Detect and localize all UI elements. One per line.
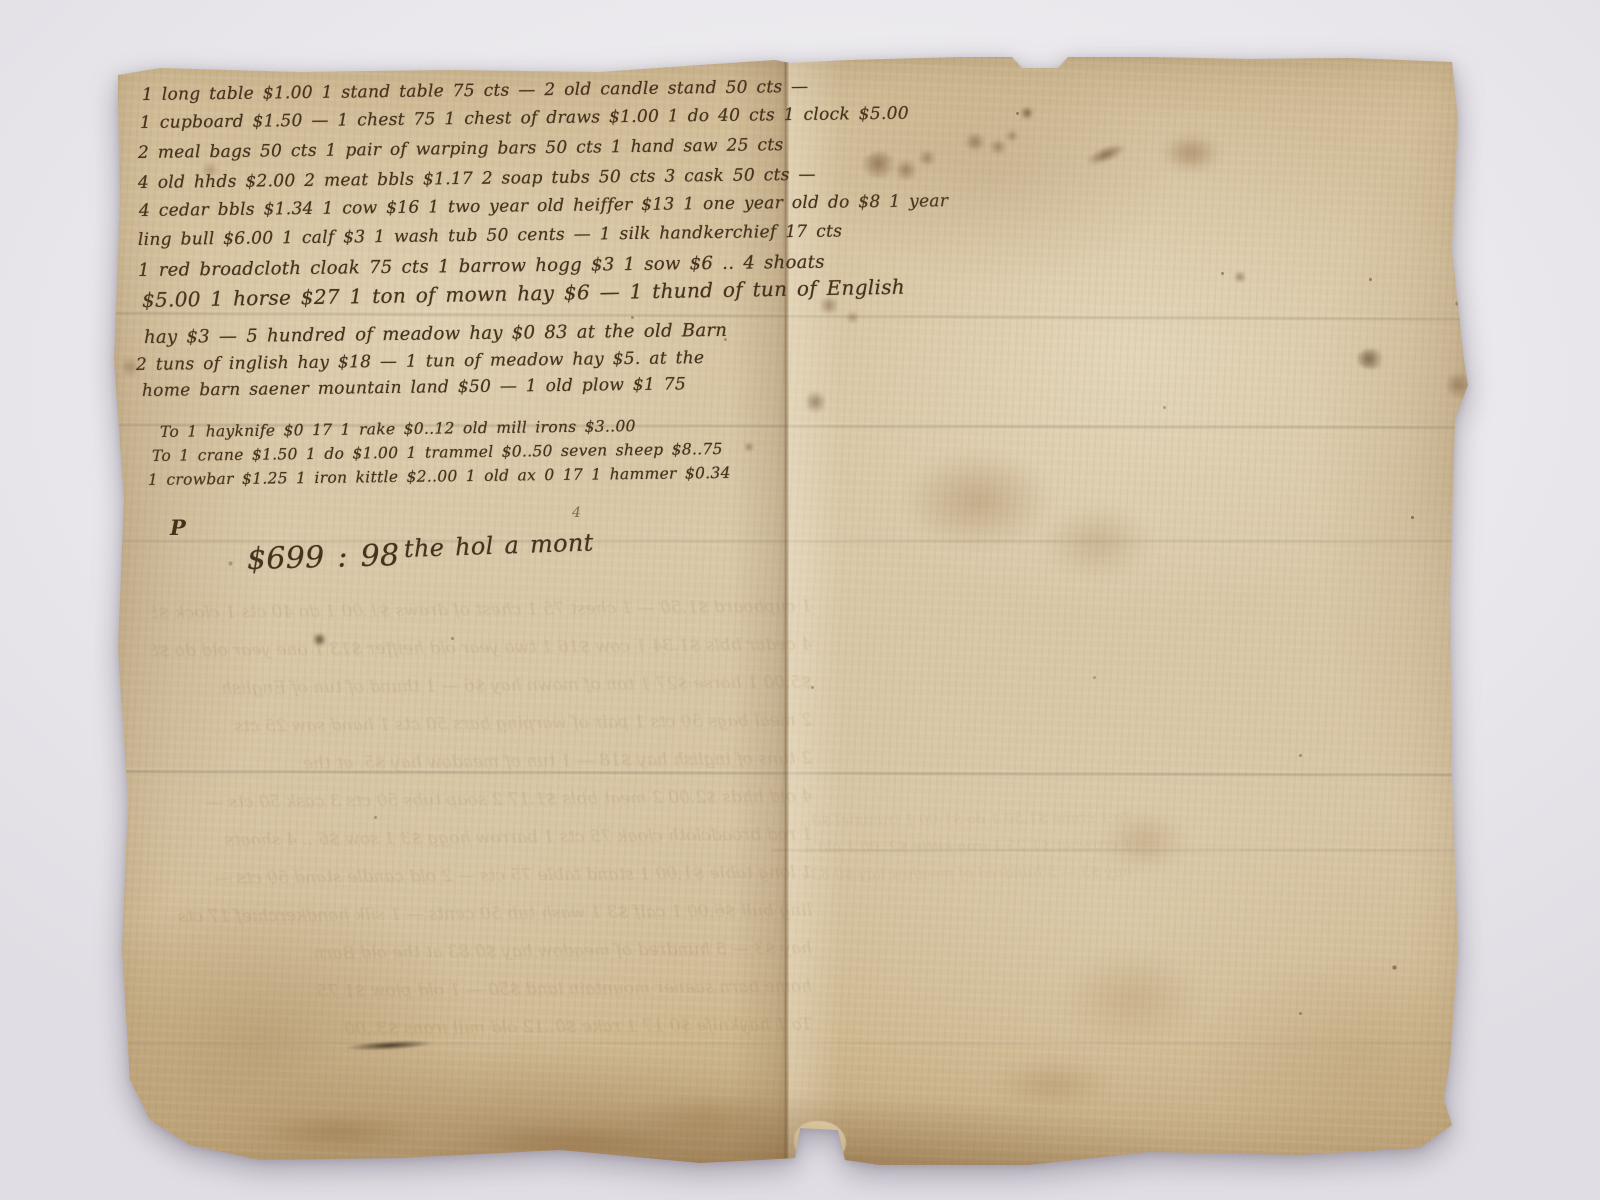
inventory-line: 4 old hhds $2.00 2 meat bbls $1.17 2 soa… (138, 165, 816, 193)
stain (1102, 810, 1187, 872)
manuscript-document: 1 cupboard $1.50 — 1 chest 75 1 chest of… (112, 55, 1468, 1165)
bleedthrough-line: 2 tuns of inglish hay $18 — 1 tun of mea… (152, 749, 812, 776)
inventory-line: 4 cedar bbls $1.34 1 cow $16 1 two year … (139, 191, 948, 221)
total-amount: $699 : 98 (247, 538, 400, 577)
inventory-line: 1 cupboard $1.50 — 1 chest 75 1 chest of… (140, 104, 909, 133)
stain (642, 1093, 772, 1141)
stain (893, 160, 919, 180)
bleedthrough-line: home barn saener mountain land $50 — 1 o… (152, 977, 812, 1004)
margin-mark-squiggle: 4 (572, 505, 581, 521)
tool-line: To 1 crane $1.50 1 do $1.00 1 trammel $0… (152, 440, 723, 465)
bleedthrough-line: To 1 hayknife $0 17 1 rake $0..12 old mi… (152, 1015, 812, 1042)
stain (902, 450, 1052, 550)
horizontal-fold-crease (112, 310, 1468, 322)
stain (1357, 349, 1387, 369)
stain (806, 389, 825, 415)
stain (845, 312, 860, 323)
bleedthrough-line: 1 crowbar $1.25 1 iron kittle $2..00 1 o… (802, 835, 1132, 856)
stain (1162, 135, 1220, 171)
stain (1233, 272, 1247, 282)
stain (744, 443, 754, 451)
stain (1020, 107, 1034, 119)
horizontal-fold-crease (112, 1040, 1468, 1046)
tool-line: To 1 hayknife $0 17 1 rake $0..12 old mi… (160, 417, 636, 441)
horizontal-fold-crease (772, 847, 1468, 853)
horizontal-fold-crease (112, 768, 1468, 778)
stain (1446, 370, 1470, 400)
inventory-line: $5.00 1 horse $27 1 ton of mown hay $6 —… (142, 275, 905, 312)
bleedthrough-line: To 1 crane $1.50 1 do $1.00 1 trammel $0… (802, 808, 1132, 829)
bleedthrough-line: 1 red broadcloth cloak 75 cts 1 barrow h… (152, 825, 812, 852)
stain (1042, 505, 1152, 580)
inventory-line: 1 long table $1.00 1 stand table 75 cts … (142, 77, 809, 105)
bleedthrough-line: 4 old hhds $2.00 2 meat bbls $1.17 2 soa… (152, 787, 812, 814)
inventory-line: 2 tuns of inglish hay $18 — 1 tun of mea… (136, 348, 705, 375)
inventory-line: 1 red broadcloth cloak 75 cts 1 barrow h… (138, 252, 825, 281)
stain (472, 1127, 677, 1157)
inventory-line: home barn saener mountain land $50 — 1 o… (142, 374, 686, 401)
stain (1062, 950, 1202, 1045)
stain (963, 133, 987, 151)
photo-backdrop: 1 cupboard $1.50 — 1 chest 75 1 chest of… (0, 0, 1600, 1200)
inventory-line: 2 meal bags 50 cts 1 pair of warping bar… (138, 135, 784, 163)
paper-specks (112, 55, 113, 56)
tool-line: 1 crowbar $1.25 1 iron kittle $2..00 1 o… (148, 464, 731, 489)
bleedthrough-line: 1 long table $1.00 1 stand table 75 cts … (152, 863, 812, 890)
stain (250, 1113, 425, 1151)
inventory-line: ling bull $6.00 1 calf $3 1 wash tub 50 … (138, 221, 842, 250)
bleedthrough-line: ling bull $6.00 1 calf $3 1 wash tub 50 … (152, 901, 812, 928)
stain (992, 1060, 1112, 1110)
stain (1084, 140, 1129, 170)
bleedthrough-line: hay $3 — 5 hundred of meadow hay $0 83 a… (152, 939, 812, 966)
total-note: the hol a mont (404, 528, 594, 563)
ink-blot (345, 1039, 433, 1053)
inventory-line: hay $3 — 5 hundred of meadow hay $0 83 a… (144, 320, 727, 348)
stain (988, 140, 1008, 154)
stain (862, 152, 898, 178)
ink-blot (313, 633, 326, 646)
bleedthrough-line: 4 cedar bbls $1.34 1 cow $16 1 two year … (152, 635, 812, 662)
bleedthrough-line: 1 cupboard $1.50 — 1 chest 75 1 chest of… (152, 597, 812, 624)
bleedthrough-line: 2 meal bags 50 cts 1 pair of warping bar… (152, 711, 812, 738)
paper-chip (794, 1121, 846, 1163)
bleedthrough-line: $5.00 1 horse $27 1 ton of mown hay $6 —… (152, 673, 812, 700)
stain (917, 150, 937, 166)
stain (1005, 130, 1019, 142)
margin-mark-p: P (170, 515, 186, 540)
bleedthrough-line: hay $3 — 5 hundred of meadow hay $0 83 a… (802, 862, 1132, 883)
